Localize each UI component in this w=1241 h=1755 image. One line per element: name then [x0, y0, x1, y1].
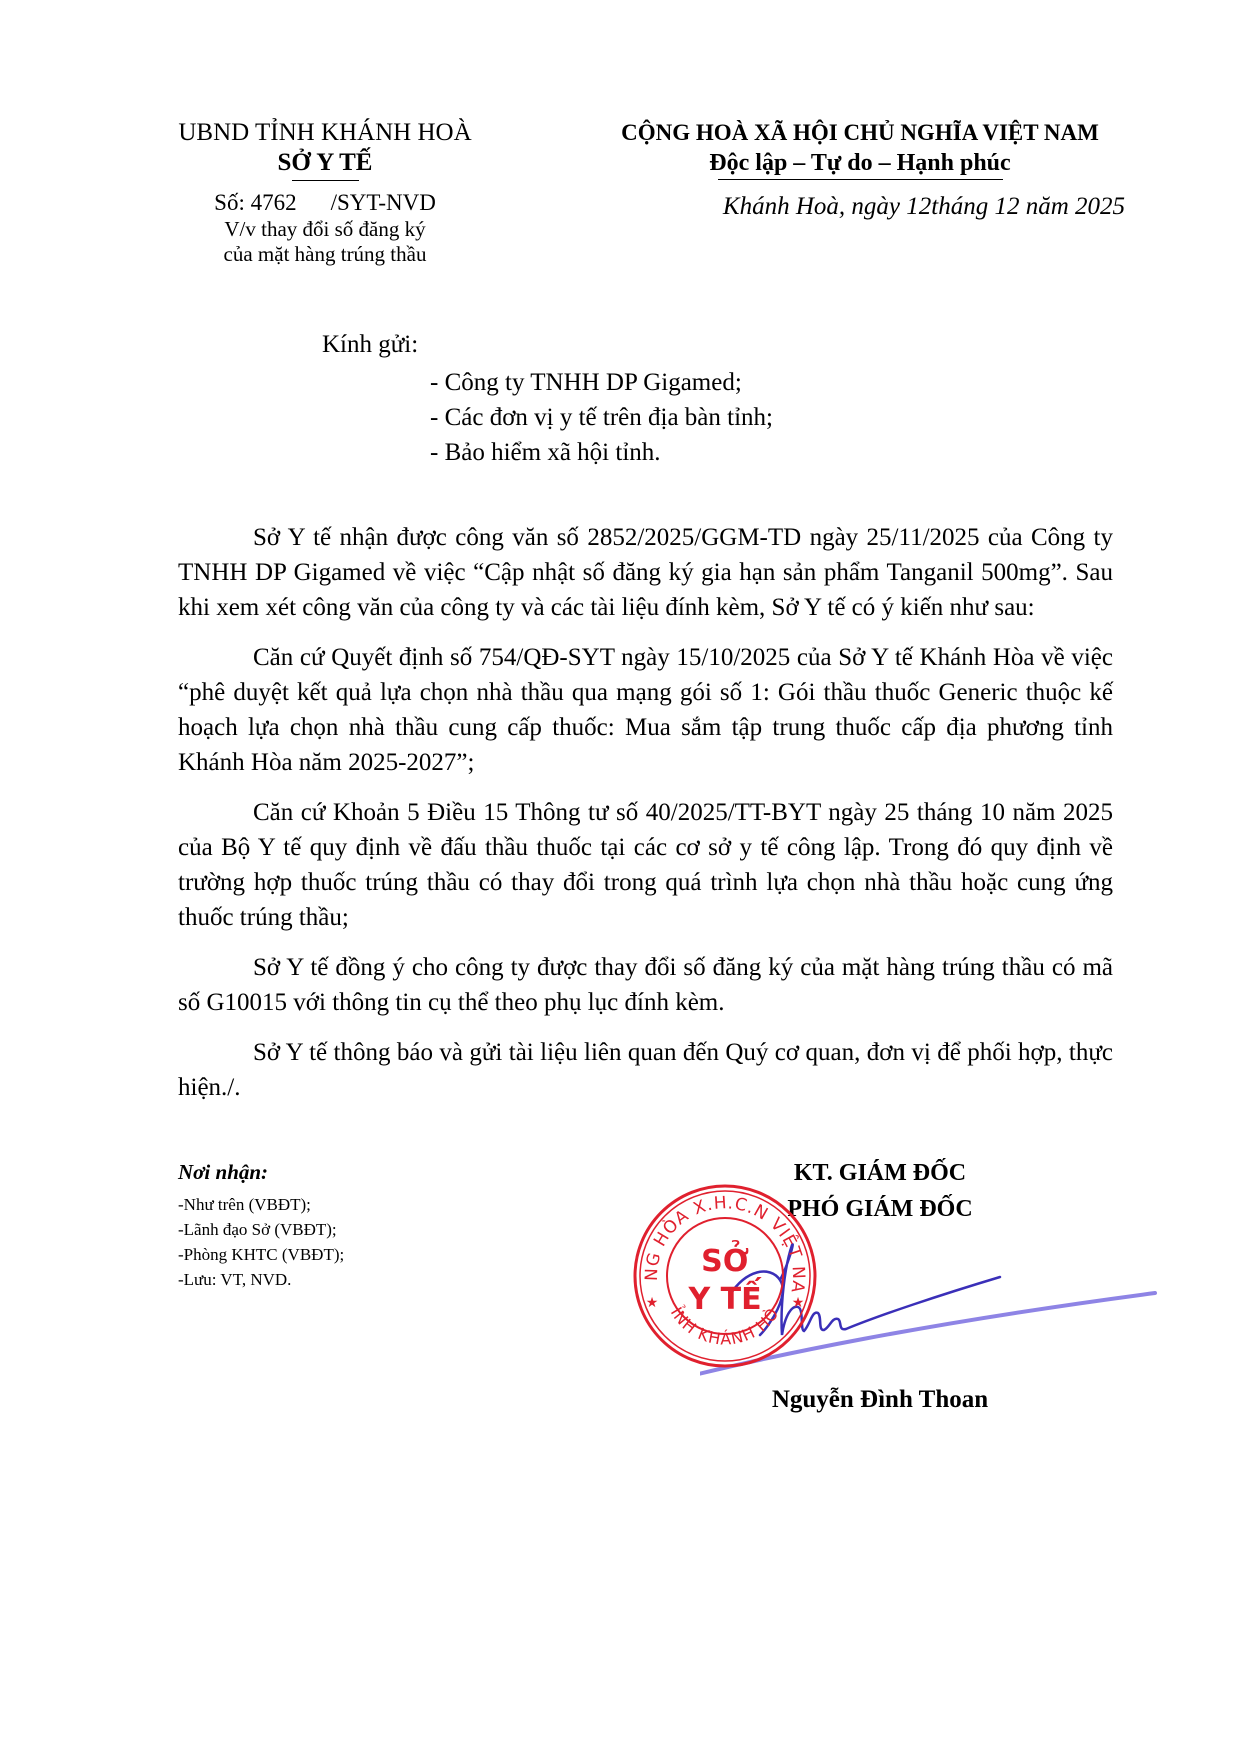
distribution-label: Nơi nhận: [178, 1158, 344, 1186]
addressee-item: - Các đơn vị y tế trên địa bàn tỉnh; [430, 400, 773, 435]
distribution-item: -Lưu: VT, NVD. [178, 1267, 344, 1292]
body-paragraph: Căn cứ Quyết định số 754/QĐ-SYT ngày 15/… [178, 640, 1113, 780]
svg-text:★: ★ [792, 1296, 805, 1311]
official-seal: CỘNG HÒA X.H.C.N VIỆT NAM TỈNH KHÁNH HÒA… [632, 1183, 818, 1369]
svg-text:SỞ: SỞ [701, 1239, 749, 1279]
svg-text:★: ★ [646, 1296, 659, 1311]
subject-line-1: V/v thay đổi số đăng ký [150, 217, 500, 242]
addressee-list: - Công ty TNHH DP Gigamed; - Các đơn vị … [430, 365, 773, 470]
distribution-item: -Phòng KHTC (VBĐT); [178, 1242, 344, 1267]
motto-underline [718, 179, 1003, 180]
subject-line-2: của mặt hàng trúng thầu [150, 242, 500, 267]
body-paragraph: Sở Y tế nhận được công văn số 2852/2025/… [178, 520, 1113, 625]
addressee-item: - Bảo hiểm xã hội tỉnh. [430, 435, 773, 470]
distribution-list: Nơi nhận: -Như trên (VBĐT); -Lãnh đạo Sở… [178, 1158, 344, 1292]
svg-text:Y TẾ: Y TẾ [687, 1277, 762, 1317]
doc-number-prefix: Số: [214, 190, 245, 215]
body-paragraph: Căn cứ Khoản 5 Điều 15 Thông tư số 40/20… [178, 795, 1113, 935]
national-header-block: CỘNG HOÀ XÃ HỘI CHỦ NGHĨA VIỆT NAM Độc l… [580, 118, 1140, 222]
issuing-authority-block: UBND TỈNH KHÁNH HOÀ SỞ Y TẾ Số: 4762/SYT… [150, 118, 500, 267]
signer-name: Nguyễn Đình Thoan [700, 1385, 1060, 1415]
document-number: Số: 4762/SYT-NVD [150, 189, 500, 217]
national-title: CỘNG HOÀ XÃ HỘI CHỦ NGHĨA VIỆT NAM [580, 118, 1140, 148]
letter-body: Sở Y tế nhận được công văn số 2852/2025/… [178, 520, 1113, 1105]
body-paragraph: Sở Y tế đồng ý cho công ty được thay đổi… [178, 950, 1113, 1020]
national-motto: Độc lập – Tự do – Hạnh phúc [580, 148, 1140, 178]
agency-name: UBND TỈNH KHÁNH HOÀ [150, 118, 500, 148]
doc-number-suffix: /SYT-NVD [331, 190, 436, 215]
department-name: SỞ Y TẾ [150, 148, 500, 178]
body-paragraph: Sở Y tế thông báo và gửi tài liệu liên q… [178, 1035, 1113, 1105]
department-underline [292, 180, 359, 181]
place-and-date: Khánh Hoà, ngày 12tháng 12 năm 2025 [580, 192, 1140, 222]
greeting: Kính gửi: [322, 330, 418, 360]
seal-icon: CỘNG HÒA X.H.C.N VIỆT NAM TỈNH KHÁNH HÒA… [632, 1183, 818, 1369]
distribution-item: -Như trên (VBĐT); [178, 1192, 344, 1217]
doc-number-value: 4762 [251, 190, 297, 215]
addressee-item: - Công ty TNHH DP Gigamed; [430, 365, 773, 400]
distribution-item: -Lãnh đạo Sở (VBĐT); [178, 1217, 344, 1242]
